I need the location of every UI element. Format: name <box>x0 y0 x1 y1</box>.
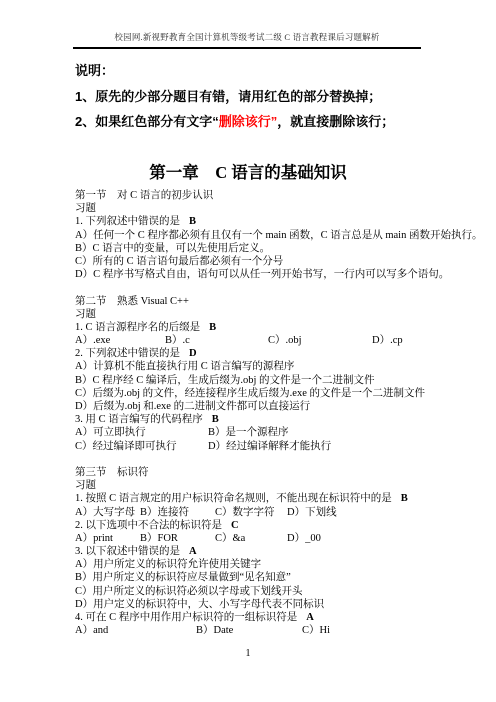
section: 第三节 标识符习题1. 按照 C 语言规定的用户标识符命名规则，不能出现在标识符… <box>75 466 421 637</box>
section-heading: 第一节 对 C 语言的初步认识 <box>75 189 421 202</box>
section: 第二节 熟悉 Visual C++习题1. C 语言源程序名的后缀是BA）.ex… <box>75 295 421 453</box>
option-cell: A）and <box>75 624 108 637</box>
option-cell: D）.cp <box>372 334 403 347</box>
question-text: 2. 以下选项中不合法的标识符是 <box>75 520 222 531</box>
option-row: A）大写字母B）连接符C）数字字符D）下划线 <box>75 506 421 519</box>
option-row: A）.exeB）.cC）.objD）.cp <box>75 334 421 347</box>
option-line: D）用户定义的标识符中，大、小写字母代表不同标识 <box>75 598 421 611</box>
question-line: 1. 按照 C 语言规定的用户标识符命名规则，不能出现在标识符中的是B <box>75 492 421 505</box>
option-line: A）计算机不能直接执行用 C 语言编写的源程序 <box>75 360 421 373</box>
page-number: 1 <box>0 648 496 659</box>
option-cell: A）大写字母 <box>75 506 135 519</box>
option-cell: D）_00 <box>287 532 321 545</box>
option-line: B）C 语言中的变量，可以先使用后定义。 <box>75 242 421 255</box>
question-text: 1. C 语言源程序名的后缀是 <box>75 322 200 333</box>
section-heading: 第三节 标识符 <box>75 466 421 479</box>
option-row: C）经过编译即可执行D）经过编译解释才能执行 <box>75 440 421 453</box>
notice-heading: 说明： <box>75 62 436 79</box>
option-cell: C）数字字符 <box>215 506 275 519</box>
page-header-text: 校园网.新视野教育全国计算机等级考试二级 C 语言教程课后习题解析 <box>114 32 379 42</box>
answer-letter: A <box>189 546 197 557</box>
page-body: 第一节 对 C 语言的初步认识习题1. 下列叙述中错误的是BA）任何一个 C 程… <box>75 189 421 651</box>
option-cell: C）Hi <box>302 624 330 637</box>
option-cell: B）Date <box>196 624 233 637</box>
option-line: B）C 程序经 C 编译后，生成后缀为.obj 的文件是一个二进制文件 <box>75 374 421 387</box>
option-cell: B）.c <box>165 334 190 347</box>
page-header: 校园网.新视野教育全国计算机等级考试二级 C 语言教程课后习题解析 <box>73 31 421 49</box>
option-cell: D）下划线 <box>287 506 337 519</box>
option-line: A）任何一个 C 程序都必须有且仅有一个 main 函数，C 语言总是从 mai… <box>75 229 421 242</box>
document-page: 校园网.新视野教育全国计算机等级考试二级 C 语言教程课后习题解析 说明： 1、… <box>0 0 496 702</box>
notice-item-2-prefix: 2、如果红色部分有文字“ <box>75 114 219 129</box>
section-heading: 第二节 熟悉 Visual C++ <box>75 295 421 308</box>
option-cell: D）经过编译解释才能执行 <box>208 440 331 453</box>
option-line: C）所有的 C 语言语句最后都必须有一个分号 <box>75 255 421 268</box>
exercises-label: 习题 <box>75 308 421 321</box>
option-cell: C）经过编译即可执行 <box>75 440 177 453</box>
option-line: B）用户所定义的标识符应尽量做到“见名知意” <box>75 571 421 584</box>
option-line: D）后缀为.obj 和.exe 的二进制文件都可以直接运行 <box>75 400 421 413</box>
option-cell: A）.exe <box>75 334 110 347</box>
red-deletion-text: 删除该行” <box>219 114 278 129</box>
question-line: 2. 下列叙述中错误的是D <box>75 347 421 360</box>
option-cell: A）可立即执行 <box>75 426 146 439</box>
option-cell: A）print <box>75 532 113 545</box>
question-line: 3. 以下叙述中错误的是A <box>75 545 421 558</box>
question-text: 1. 按照 C 语言规定的用户标识符命名规则，不能出现在标识符中的是 <box>75 493 392 504</box>
option-line: C）后缀为.obj 的文件，经连接程序生成后缀为.exe 的文件是一个二进制文件 <box>75 387 421 400</box>
answer-letter: B <box>189 216 196 227</box>
answer-letter: A <box>306 612 314 623</box>
answer-letter: B <box>209 322 216 333</box>
question-text: 3. 以下叙述中错误的是 <box>75 546 180 557</box>
answer-letter: C <box>231 520 239 531</box>
question-text: 4. 可在 C 程序中用作用户标识符的一组标识符是 <box>75 612 297 623</box>
question-text: 2. 下列叙述中错误的是 <box>75 348 180 359</box>
answer-letter: B <box>212 414 219 425</box>
notice-block: 说明： 1、原先的少部分题目有错，请用红色的部分替换掉； 2、如果红色部分有文字… <box>75 62 436 139</box>
option-cell: C）&a <box>215 532 245 545</box>
option-cell: C）.obj <box>268 334 302 347</box>
option-cell: B）是一个源程序 <box>208 426 289 439</box>
exercises-label: 习题 <box>75 479 421 492</box>
option-row: A）可立即执行B）是一个源程序 <box>75 426 421 439</box>
notice-item-1: 1、原先的少部分题目有错，请用红色的部分替换掉； <box>75 88 436 105</box>
option-cell: B）FOR <box>140 532 178 545</box>
question-line: 2. 以下选项中不合法的标识符是C <box>75 519 421 532</box>
question-line: 1. C 语言源程序名的后缀是B <box>75 321 421 334</box>
option-line: A）用户所定义的标识符允许使用关键字 <box>75 558 421 571</box>
option-row: A）andB）DateC）Hi <box>75 624 421 637</box>
option-row: A）printB）FORC）&aD）_00 <box>75 532 421 545</box>
exercises-label: 习题 <box>75 202 421 215</box>
question-line: 4. 可在 C 程序中用作用户标识符的一组标识符是A <box>75 611 421 624</box>
option-cell: B）连接符 <box>140 506 189 519</box>
option-line: D）C 程序书写格式自由，语句可以从任一列开始书写，一行内可以写多个语句。 <box>75 268 421 281</box>
notice-item-2: 2、如果红色部分有文字“删除该行”，就直接删除该行； <box>75 113 436 130</box>
option-line: C）用户所定义的标识符必须以字母或下划线开头 <box>75 585 421 598</box>
question-text: 3. 用 C 语言编写的代码程序 <box>75 414 203 425</box>
section: 第一节 对 C 语言的初步认识习题1. 下列叙述中错误的是BA）任何一个 C 程… <box>75 189 421 281</box>
answer-letter: D <box>189 348 197 359</box>
chapter-title: 第一章 C 语言的基础知识 <box>0 159 496 183</box>
question-line: 3. 用 C 语言编写的代码程序B <box>75 413 421 426</box>
question-text: 1. 下列叙述中错误的是 <box>75 216 180 227</box>
question-line: 1. 下列叙述中错误的是B <box>75 215 421 228</box>
notice-item-2-suffix: ，就直接删除该行； <box>277 114 394 129</box>
answer-letter: B <box>401 493 408 504</box>
